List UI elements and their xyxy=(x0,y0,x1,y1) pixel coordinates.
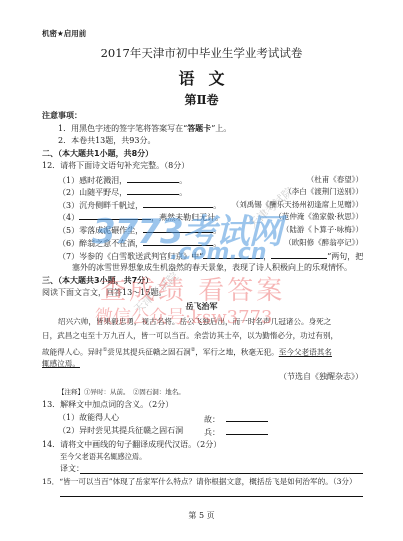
word-label: 兵： xyxy=(204,428,220,437)
notice-item-2: 2．本卷共13题，共93分。 xyxy=(58,136,155,146)
q12-item-1: （1）感时花溅泪，。 xyxy=(58,174,187,186)
q14-sentence: 至今父老语其名辄感泣焉。 xyxy=(60,452,146,462)
subject-title: 语文 xyxy=(0,66,403,89)
q12-item-2: （2）山随平野尽，。 xyxy=(58,186,187,198)
notice-item-1-pre: 1．用黑色字迹的签字笔将答案写在“ xyxy=(58,124,187,133)
item-num: （1） xyxy=(58,413,79,422)
q15-stem: 15．“皆一可以当百”体现了岳家军什么特点？请你根据文意，概括岳飞是如何治军的。… xyxy=(42,477,357,487)
q15-answer-line[interactable] xyxy=(60,496,363,497)
secret-label: 机密★启用前 xyxy=(42,28,86,39)
item-num: （2） xyxy=(58,188,79,197)
answer-blank[interactable] xyxy=(127,186,179,195)
underlined-sentence: 至今父老语其名 xyxy=(279,348,332,357)
q13-word-1: 故： xyxy=(204,413,268,425)
exam-title: 2017年天津市初中毕业生学业考试试卷 xyxy=(0,45,403,61)
q12-source-1: （杜甫《春望》） xyxy=(307,174,363,185)
passage-line-2: 日，武昌之屯至十万九百人，皆一可以当百。余尝访其士卒，以为勤惰必分，功过有别， xyxy=(42,331,338,341)
q13-item-2: （2）异时尝见其提兵征赣之固石洞 xyxy=(58,426,183,436)
answer-blank[interactable] xyxy=(226,426,268,435)
volume-title: 第Ⅱ卷 xyxy=(0,91,403,108)
item-num: （2） xyxy=(58,426,79,435)
notice-heading: 注意事项： xyxy=(42,111,82,121)
passage-source: （节选自《独醒杂志》） xyxy=(279,372,363,382)
passage-line-4: 辄感泣焉。 xyxy=(42,359,80,369)
item-text: 异时尝见其提兵征赣之固石洞 xyxy=(79,426,183,435)
q13-item-1: （1）故能得人心 xyxy=(58,413,119,423)
page-number: 第 5 页 xyxy=(0,510,403,521)
answer-blank[interactable] xyxy=(226,413,268,422)
item-num: （1） xyxy=(58,176,79,185)
q12-source-6: （欧阳修《醉翁亭记》） xyxy=(284,237,363,248)
red-wechat-watermark: 微信公众号:ksw3773 xyxy=(95,303,272,329)
blue-domain-watermark: .com.cn xyxy=(170,240,267,265)
item-text: 感时花溅泪， xyxy=(79,176,127,185)
word-label: 故： xyxy=(204,415,220,424)
notice-item-1-post: ”上。 xyxy=(211,124,231,133)
item-num: （6） xyxy=(58,239,79,248)
item-num: （7） xyxy=(58,252,79,261)
q14-stem: 14．请将文中画线的句子翻译成现代汉语。（2分） xyxy=(42,440,221,450)
exam-page: 机密★启用前 2017年天津市初中毕业生学业考试试卷 语文 第Ⅱ卷 注意事项： … xyxy=(0,0,403,541)
red-score-watermark: 查成绩 看答案 xyxy=(100,270,285,307)
passage-seg: ，军行之地，秋毫无犯。 xyxy=(195,348,279,357)
item-text: 山随平野尽， xyxy=(79,188,127,197)
section2-heading: 二、（本大题共1小题，共8分） xyxy=(42,149,153,159)
q13-stem: 13．解释文中加点词的含义。（2分） xyxy=(42,400,173,410)
passage-seg: 故能得人心。异时 xyxy=(42,348,103,357)
q12-stem: 12．请将下面诗文语句补充完整。（8分） xyxy=(42,161,189,171)
passage-line-3: 故能得人心。异时①尝见其提兵征赣之固石洞②，军行之地，秋毫无犯。至今父老语其名 xyxy=(42,345,332,358)
q14-answer-line[interactable] xyxy=(80,473,363,474)
q12-source-5: （陆游《卜算子·咏梅》） xyxy=(282,224,363,235)
item-text-end: ”两句，把 xyxy=(327,252,363,261)
item-punct: 。 xyxy=(179,188,187,197)
passage-seg: 尝见其提兵征赣之固石洞 xyxy=(107,348,191,357)
q12-source-4: （范仲淹《渔家傲·秋思》） xyxy=(274,211,363,222)
item-punct: 。 xyxy=(179,176,187,185)
item-num: （5） xyxy=(58,226,79,235)
item-text: 故能得人心 xyxy=(79,413,119,422)
answer-blank[interactable] xyxy=(127,174,179,183)
q13-word-2: 兵： xyxy=(204,426,268,438)
passage-notes: 【注释】①异时：从前。 ②固石洞：地名。 xyxy=(58,387,185,397)
answer-sheet-label: 答题卡 xyxy=(187,124,211,133)
notice-item-1: 1．用黑色字迹的签字笔将答案写在“答题卡”上。 xyxy=(58,124,231,134)
item-num: （3） xyxy=(58,201,79,210)
item-num: （4） xyxy=(58,213,79,222)
